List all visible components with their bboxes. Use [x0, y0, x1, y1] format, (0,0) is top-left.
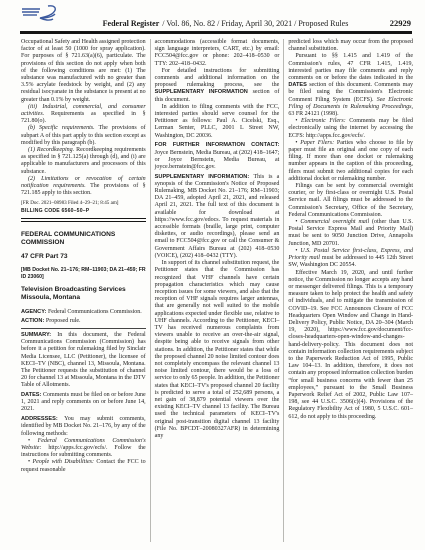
- summary-label: SUMMARY:: [21, 332, 57, 338]
- summary-field: SUMMARY: In this document, the Federal C…: [21, 332, 146, 390]
- paragraph-b1: (1) Recordkeeping. Recordkeeping require…: [21, 147, 146, 176]
- continuation-paragraph: predicted loss which may occur from the …: [288, 39, 413, 53]
- dates-field: DATES: Comments must be filed on or befo…: [21, 392, 146, 414]
- petition-support-paragraph: In support of its channel substitution r…: [155, 260, 280, 440]
- agency-heading: FEDERAL COMMUNICATIONS COMMISSION: [21, 231, 146, 247]
- action-label: ACTION:: [21, 318, 46, 324]
- filing-rules-paragraph: Pursuant to §§ 1.415 and 1.419 of the Co…: [288, 53, 413, 118]
- page-number: 22929: [390, 18, 411, 28]
- filings-delivery-paragraph: Filings can be sent by commercial overni…: [288, 183, 413, 219]
- contact-field: FOR FURTHER INFORMATION CONTACT: Joyce B…: [155, 142, 280, 171]
- agency-field: AGENCY: Federal Communications Commissio…: [21, 309, 146, 316]
- column-2: accommodations (accessible format docume…: [150, 39, 284, 542]
- paragraph-iii: (iii) Industrial, commercial, and consum…: [21, 104, 146, 126]
- instructions-paragraph: For detailed instructions for submitting…: [155, 68, 280, 104]
- method-bullet-disabilities: • People with Disabilities: Contact the …: [21, 459, 146, 473]
- journal-title: Federal Register: [103, 19, 160, 28]
- docket-line: [MB Docket No. 21–176; RM–11903; DA 21–4…: [21, 267, 146, 280]
- paper-filers-bullet: • Paper Filers: Parties who choose to fi…: [288, 140, 413, 183]
- supp-info-ref: SUPPLEMENTARY INFORMATION: [155, 89, 248, 95]
- summary-value: In this document, the Federal Communicat…: [21, 332, 146, 388]
- column-1: Occupational Safety and Health assigned …: [21, 39, 150, 542]
- dates-label: DATES:: [21, 392, 43, 398]
- federal-register-page: Federal Register / Vol. 86, No. 82 / Fri…: [0, 0, 425, 550]
- agency-value: Federal Communications Commission.: [48, 309, 142, 315]
- page-header: Federal Register / Vol. 86, No. 82 / Fri…: [40, 19, 411, 28]
- text-run: 63 FR 24121 (1998).: [288, 111, 338, 117]
- bullet-lead: Electronic Filers:: [301, 118, 346, 124]
- billing-code: BILLING CODE 6560–50–P: [21, 208, 146, 215]
- bullet-lead: People with Disabilities:: [33, 459, 95, 465]
- contact-value: Joyce Bernstein, Media Bureau, at (202) …: [155, 150, 280, 170]
- action-field: ACTION: Proposed rule.: [21, 318, 146, 325]
- counsel-paragraph: In addition to filing comments with the …: [155, 104, 280, 140]
- column-3: predicted loss which may occur from the …: [283, 39, 413, 542]
- addresses-field: ADDRESSES: You may submit comments, iden…: [21, 416, 146, 438]
- dates-ref: DATES: [288, 82, 307, 88]
- usps-mail-bullet: • U.S. Postal Service first-class, Expre…: [288, 248, 413, 270]
- continuation-paragraph: accommodations (accessible format docume…: [155, 39, 280, 68]
- method-bullet-website: • Federal Communications Commission's We…: [21, 438, 146, 460]
- action-value: Proposed rule.: [46, 318, 81, 324]
- clause-lead: (b) Specific requirements.: [28, 125, 95, 131]
- bullet-text: Parties who choose to file by paper must…: [288, 140, 413, 182]
- supplementary-value: This is a synopsis of the Commission's N…: [155, 174, 280, 259]
- covid-policy-paragraph: Effective March 19, 2020, and until furt…: [288, 270, 413, 421]
- electronic-filers-bullet: • Electronic Filers: Comments may be fil…: [288, 118, 413, 140]
- volume-issue-date: / Vol. 86, No. 82 / Friday, April 30, 20…: [162, 19, 348, 28]
- bullet-lead: Commercial overnight mail: [300, 219, 369, 225]
- continuation-paragraph: Occupational Safety and Health assigned …: [21, 39, 146, 104]
- bullet-icon: •: [28, 438, 38, 444]
- document-title: Television Broadcasting Services Missoul…: [21, 286, 146, 302]
- contact-label: FOR FURTHER INFORMATION CONTACT:: [155, 142, 280, 148]
- supplementary-label: SUPPLEMENTARY INFORMATION:: [155, 174, 254, 180]
- bullet-lead: Paper Filers:: [300, 140, 334, 146]
- section-divider-rule: [21, 218, 146, 222]
- overnight-mail-bullet: • Commercial overnight mail (other than …: [288, 219, 413, 248]
- three-column-body: Occupational Safety and Health assigned …: [21, 39, 413, 542]
- header-rule: [20, 31, 412, 34]
- paragraph-b: (b) Specific requirements. The provision…: [21, 125, 146, 147]
- fr-doc-line: [FR Doc. 2021–08983 Filed 4–29–21; 8:45 …: [21, 200, 146, 206]
- agency-label: AGENCY:: [21, 309, 48, 315]
- cfr-part-heading: 47 CFR Part 73: [21, 253, 146, 261]
- addresses-label: ADDRESSES:: [21, 416, 64, 422]
- paragraph-b2: (2) Limitations or revocation of certain…: [21, 176, 146, 198]
- supplementary-field: SUPPLEMENTARY INFORMATION: This is a syn…: [155, 174, 280, 260]
- text-run: For detailed instructions for submitting…: [155, 68, 280, 88]
- action-summary-rule: [21, 328, 146, 329]
- clause-lead: (1) Recordkeeping.: [28, 147, 74, 153]
- text-run: Pursuant to §§ 1.415 and 1.419 of the Co…: [288, 53, 413, 81]
